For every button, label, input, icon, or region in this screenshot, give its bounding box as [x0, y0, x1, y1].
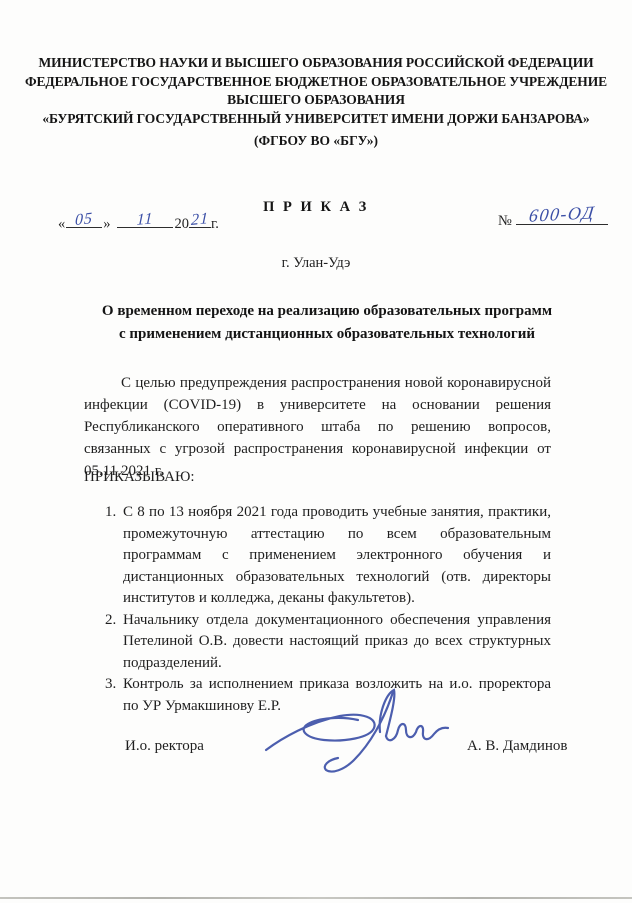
order-title: О временном переходе на реализацию образ…: [80, 300, 574, 345]
handwritten-order-number: 600-ОД: [528, 202, 597, 227]
year-printed-prefix: 20: [175, 216, 190, 232]
list-item-number: 2.: [105, 610, 116, 632]
scan-edge-artifact: [0, 897, 632, 899]
order-verb: ПРИКАЗЫВАЮ:: [84, 469, 195, 486]
order-title-line-2: с применением дистанционных образователь…: [80, 323, 574, 346]
list-item-number: 1.: [105, 502, 116, 524]
signer-position: И.о. ректора: [125, 738, 204, 755]
scanned-order-document: МИНИСТЕРСТВО НАУКИ И ВЫСШЕГО ОБРАЗОВАНИЯ…: [0, 0, 632, 903]
organization-header: МИНИСТЕРСТВО НАУКИ И ВЫСШЕГО ОБРАЗОВАНИЯ…: [20, 54, 612, 128]
date-field: «05»112021г.: [58, 212, 219, 233]
order-items-list: 1. С 8 по 13 ноября 2021 года проводить …: [84, 502, 551, 717]
order-number-field: №600-ОД: [498, 209, 608, 230]
university-abbreviation: (ФГБОУ ВО «БГУ»): [0, 133, 632, 149]
year-unit: г.: [211, 216, 219, 232]
list-item-number: 3.: [105, 674, 116, 696]
city-line: г. Улан-Удэ: [0, 255, 632, 272]
handwritten-signature: [262, 686, 462, 781]
date-close-quote: »: [103, 216, 110, 232]
day-blank: 05: [66, 212, 102, 228]
org-name-line-3: ВЫСШЕГО ОБРАЗОВАНИЯ: [20, 91, 612, 110]
year-blank: 21: [189, 212, 211, 228]
handwritten-month: 11: [136, 210, 153, 230]
handwritten-day: 05: [75, 210, 94, 230]
org-name-line-1: МИНИСТЕРСТВО НАУКИ И ВЫСШЕГО ОБРАЗОВАНИЯ…: [20, 54, 612, 73]
number-sign: №: [498, 213, 512, 229]
order-title-line-1: О временном переходе на реализацию образ…: [80, 300, 574, 323]
list-item-text: Начальнику отдела документационного обес…: [123, 612, 551, 671]
month-blank: 11: [117, 212, 173, 228]
handwritten-year: 21: [191, 210, 210, 230]
date-open-quote: «: [58, 216, 65, 232]
org-name-line-2: ФЕДЕРАЛЬНОЕ ГОСУДАРСТВЕННОЕ БЮДЖЕТНОЕ ОБ…: [20, 73, 612, 92]
preamble-paragraph: С целью предупреждения распространения н…: [84, 372, 551, 482]
number-blank: 600-ОД: [516, 209, 608, 225]
list-item: 2. Начальнику отдела документационного о…: [84, 610, 551, 675]
list-item: 1. С 8 по 13 ноября 2021 года проводить …: [84, 502, 551, 610]
list-item-text: С 8 по 13 ноября 2021 года проводить уче…: [123, 504, 551, 606]
org-name-line-4: «БУРЯТСКИЙ ГОСУДАРСТВЕННЫЙ УНИВЕРСИТЕТ И…: [20, 110, 612, 129]
signer-name: А. В. Дамдинов: [467, 738, 568, 755]
